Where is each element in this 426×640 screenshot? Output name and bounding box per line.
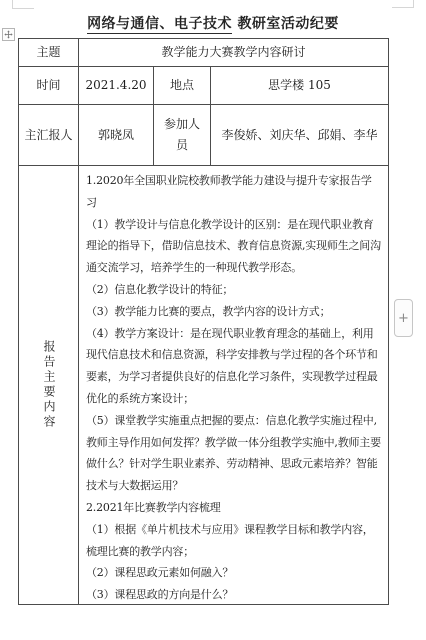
meeting-minutes-table: 主题 教学能力大赛教学内容研讨 时间 2021.4.20 地点 思学楼 105 … [18, 38, 389, 605]
text-boundary-mark-left [12, 0, 34, 9]
location-value: 思学楼 105 [211, 67, 388, 104]
report-paragraph: （5）课堂教学实施重点把握的要点：信息化教学实施过程中,教师主导作用如何发挥？教… [86, 410, 382, 497]
report-content: 1.2020年全国职业院校教师教学能力建设与提升专家报告学习（1）教学设计与信息… [79, 166, 388, 604]
report-paragraph: （1）根据《单片机技术与应用》课程教学目标和教学内容，梳理比赛的教学内容； [86, 519, 382, 563]
subject-label: 主题 [19, 39, 79, 66]
location-label: 地点 [154, 67, 211, 104]
page-title-rest: 教研室活动纪要 [237, 16, 339, 32]
report-row: 报告主要内容 1.2020年全国职业院校教师教学能力建设与提升专家报告学习（1）… [19, 166, 388, 604]
report-paragraph: 1.2020年全国职业院校教师教学能力建设与提升专家报告学习 [86, 170, 382, 214]
report-paragraph: （3）课程思政的方向是什么？ [86, 584, 382, 604]
document-page: 网络与通信、电子技术 教研室活动纪要 主题 教学能力大赛教学内容研讨 时间 20… [0, 0, 426, 640]
page-title: 网络与通信、电子技术 教研室活动纪要 [0, 13, 426, 33]
reporter-label: 主汇报人 [19, 105, 79, 165]
page-title-underlined: 网络与通信、电子技术 [87, 16, 232, 34]
report-paragraph: （3）教学能力比赛的要点，教学内容的设计方式； [86, 301, 382, 323]
time-value: 2021.4.20 [79, 67, 154, 104]
participants-label: 参加人员 [154, 105, 211, 165]
report-paragraph: （1）教学设计与信息化教学设计的区别：是在现代职业教育理论的指导下，借助信息技术… [86, 214, 382, 279]
subject-value: 教学能力大赛教学内容研讨 [79, 39, 388, 66]
report-label-cell: 报告主要内容 [19, 166, 79, 604]
time-location-row: 时间 2021.4.20 地点 思学楼 105 [19, 67, 388, 105]
report-label: 报告主要内容 [38, 340, 59, 430]
report-paragraph: （2）信息化教学设计的特征； [86, 279, 382, 301]
reporter-participants-row: 主汇报人 郭晓凤 参加人员 李俊娇、刘庆华、邱娟、李华 [19, 105, 388, 166]
report-paragraph: 2.2021年比赛教学内容梳理 [86, 497, 382, 519]
report-paragraph: （2）课程思政元素如何融入？ [86, 562, 382, 584]
report-paragraph: （4）教学方案设计：是在现代职业教育理念的基础上，利用现代信息技术和信息资源，科… [86, 323, 382, 410]
time-label: 时间 [19, 67, 79, 104]
text-boundary-mark-right [392, 0, 414, 8]
subject-row: 主题 教学能力大赛教学内容研讨 [19, 39, 388, 67]
plus-icon: + [398, 311, 409, 326]
reporter-value: 郭晓凤 [79, 105, 154, 165]
participants-value: 李俊娇、刘庆华、邱娟、李华 [211, 105, 388, 165]
expand-button[interactable]: + [394, 299, 413, 337]
